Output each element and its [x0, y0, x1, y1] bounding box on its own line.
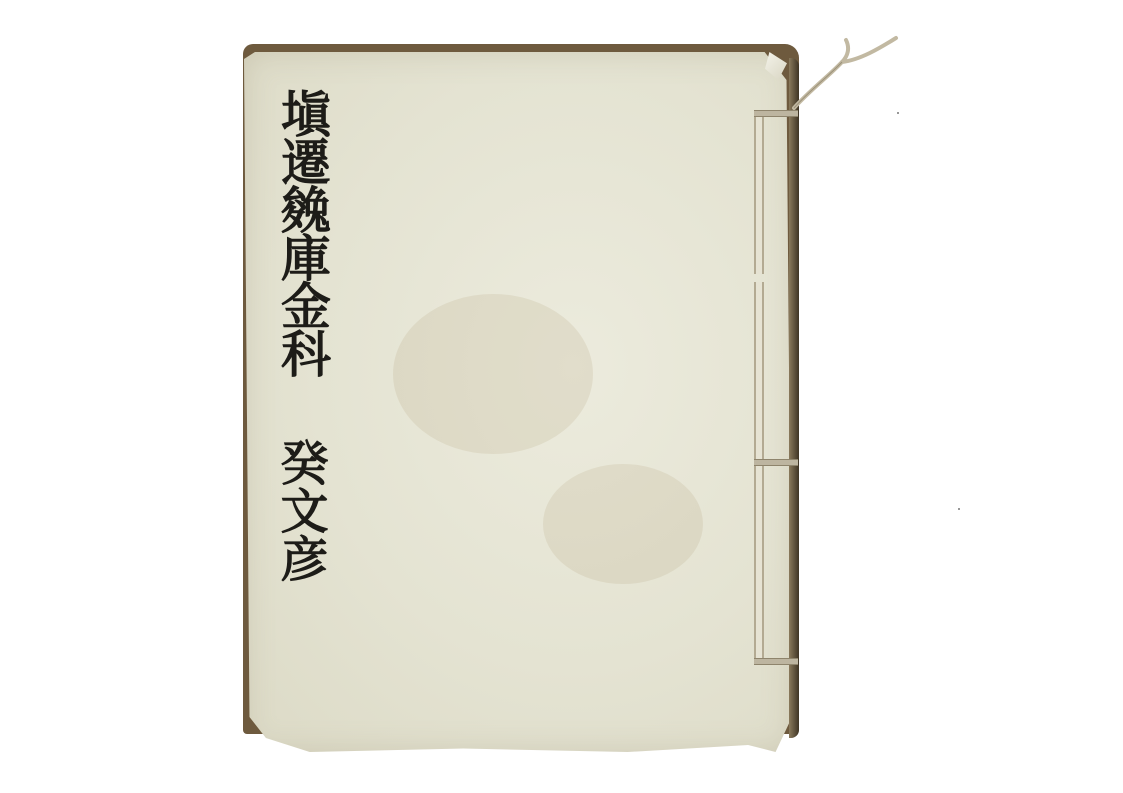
book-spine-edge: [789, 58, 799, 738]
binding-thread-horizontal: [754, 658, 798, 665]
binding-thread-horizontal: [754, 459, 798, 466]
loose-binding-string: [780, 30, 910, 120]
cover-stain: [393, 294, 593, 454]
binding-thread-vertical: [754, 282, 764, 462]
cover-stain: [543, 464, 703, 584]
cover-title-calligraphy: 塡遷㕙庫金科: [262, 88, 332, 376]
binding-thread-vertical: [754, 114, 764, 274]
binding-thread-vertical: [754, 464, 764, 664]
dust-speck: [958, 508, 960, 510]
cover-author-calligraphy: 癸文彦: [268, 438, 328, 582]
dust-speck: [897, 112, 899, 114]
